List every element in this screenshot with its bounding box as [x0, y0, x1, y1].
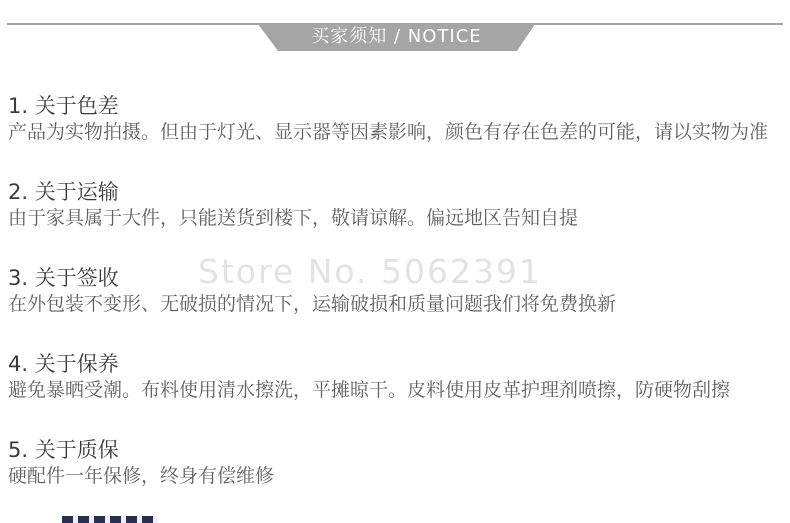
cropped-next-section-image — [62, 516, 158, 523]
section-body: 在外包装不变形、无破损的情况下，运输破损和质量问题我们将免费换新 — [8, 291, 782, 317]
notice-section-acceptance: 3. 关于签收 在外包装不变形、无破损的情况下，运输破损和质量问题我们将免费换新 — [8, 265, 782, 317]
section-body: 产品为实物拍摄。但由于灯光、显示器等因素影响，颜色有存在色差的可能，请以实物为准 — [8, 119, 782, 145]
section-body: 由于家具属于大件，只能送货到楼下，敬请谅解。偏远地区告知自提 — [8, 205, 782, 231]
section-title: 2. 关于运输 — [8, 179, 782, 205]
section-title: 3. 关于签收 — [8, 265, 782, 291]
notice-section-maintenance: 4. 关于保养 避免暴晒受潮。布料使用清水擦洗，平摊晾干。皮料使用皮革护理剂喷擦… — [8, 351, 782, 403]
notice-section-shipping: 2. 关于运输 由于家具属于大件，只能送货到楼下，敬请谅解。偏远地区告知自提 — [8, 179, 782, 231]
section-title: 4. 关于保养 — [8, 351, 782, 377]
notice-ribbon-banner: 买家须知 / NOTICE — [258, 24, 535, 51]
notice-content: 1. 关于色差 产品为实物拍摄。但由于灯光、显示器等因素影响，颜色有存在色差的可… — [0, 50, 790, 489]
notice-banner-title: 买家须知 / NOTICE — [311, 28, 481, 48]
section-body: 硬配件一年保修，终身有偿维修 — [8, 463, 782, 489]
notice-section-warranty: 5. 关于质保 硬配件一年保修，终身有偿维修 — [8, 437, 782, 489]
section-title: 1. 关于色差 — [8, 93, 782, 119]
section-title: 5. 关于质保 — [8, 437, 782, 463]
section-body: 避免暴晒受潮。布料使用清水擦洗，平摊晾干。皮料使用皮革护理剂喷擦，防硬物刮擦 — [8, 377, 782, 403]
notice-header: 买家须知 / NOTICE — [0, 0, 790, 50]
notice-section-color-difference: 1. 关于色差 产品为实物拍摄。但由于灯光、显示器等因素影响，颜色有存在色差的可… — [8, 93, 782, 145]
